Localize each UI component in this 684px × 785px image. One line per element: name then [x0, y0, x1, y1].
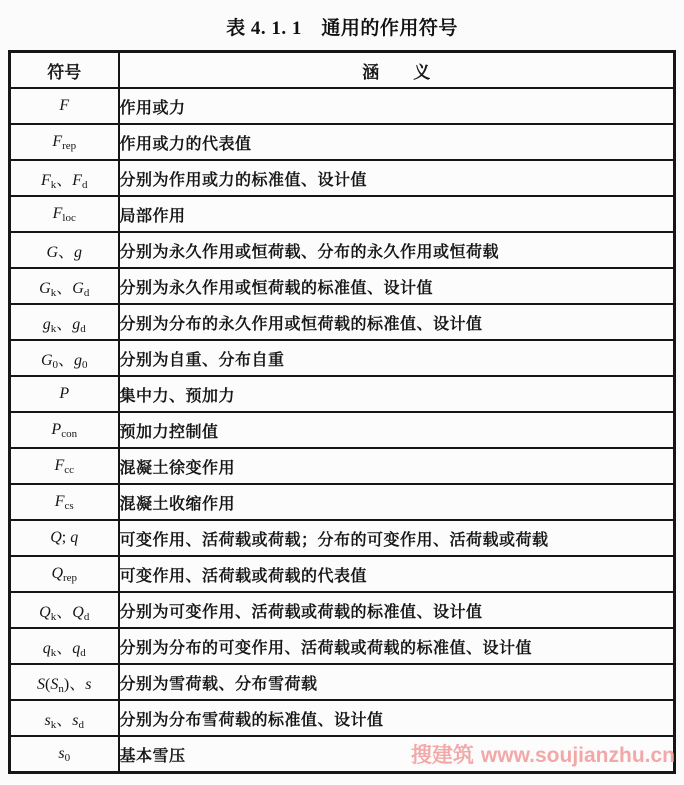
symbol-cell: s0 — [10, 736, 119, 773]
symbol-cell: qk、qd — [10, 628, 119, 664]
table-row: Gk、Gd分别为永久作用或恒荷载的标准值、设计值 — [10, 268, 675, 304]
table-row: F作用或力 — [10, 88, 675, 124]
meaning-cell: 基本雪压 — [119, 736, 675, 773]
symbol-cell: Frep — [10, 124, 119, 160]
symbol-cell: Fcs — [10, 484, 119, 520]
meaning-cell: 分别为自重、分布自重 — [119, 340, 675, 376]
column-header-symbol: 符号 — [10, 52, 119, 89]
symbol-cell: G、g — [10, 232, 119, 268]
meaning-cell: 分别为可变作用、活荷载或荷载的标准值、设计值 — [119, 592, 675, 628]
symbol-cell: Fcc — [10, 448, 119, 484]
symbol-cell: Pcon — [10, 412, 119, 448]
meaning-cell: 分别为分布的可变作用、活荷载或荷载的标准值、设计值 — [119, 628, 675, 664]
meaning-cell: 混凝土徐变作用 — [119, 448, 675, 484]
meaning-cell: 分别为雪荷载、分布雪荷载 — [119, 664, 675, 700]
table-row: Frep作用或力的代表值 — [10, 124, 675, 160]
meaning-cell: 分别为分布雪荷载的标准值、设计值 — [119, 700, 675, 736]
symbol-cell: G0、g0 — [10, 340, 119, 376]
symbol-cell: Floc — [10, 196, 119, 232]
symbol-cell: S(Sn)、s — [10, 664, 119, 700]
meaning-cell: 混凝土收缩作用 — [119, 484, 675, 520]
table-row: s0基本雪压 — [10, 736, 675, 773]
table-row: Fcc混凝土徐变作用 — [10, 448, 675, 484]
symbol-cell: F — [10, 88, 119, 124]
table-row: qk、qd分别为分布的可变作用、活荷载或荷载的标准值、设计值 — [10, 628, 675, 664]
meaning-cell: 可变作用、活荷载或荷载；分布的可变作用、活荷载或荷载 — [119, 520, 675, 556]
meaning-cell: 集中力、预加力 — [119, 376, 675, 412]
meaning-cell: 分别为作用或力的标准值、设计值 — [119, 160, 675, 196]
symbol-cell: Qk、Qd — [10, 592, 119, 628]
symbol-cell: Q; q — [10, 520, 119, 556]
table-row: G0、g0分别为自重、分布自重 — [10, 340, 675, 376]
meaning-cell: 分别为永久作用或恒荷载、分布的永久作用或恒荷载 — [119, 232, 675, 268]
symbol-cell: P — [10, 376, 119, 412]
meaning-cell: 分别为永久作用或恒荷载的标准值、设计值 — [119, 268, 675, 304]
meaning-cell: 局部作用 — [119, 196, 675, 232]
symbol-cell: Fk、Fd — [10, 160, 119, 196]
table-row: P集中力、预加力 — [10, 376, 675, 412]
symbol-cell: sk、sd — [10, 700, 119, 736]
header-row: 符号 涵 义 — [10, 52, 675, 89]
meaning-cell: 预加力控制值 — [119, 412, 675, 448]
table-row: Pcon预加力控制值 — [10, 412, 675, 448]
table-row: gk、gd分别为分布的永久作用或恒荷载的标准值、设计值 — [10, 304, 675, 340]
table-header: 符号 涵 义 — [10, 52, 675, 89]
symbol-cell: Gk、Gd — [10, 268, 119, 304]
symbol-cell: Qrep — [10, 556, 119, 592]
meaning-cell: 可变作用、活荷载或荷载的代表值 — [119, 556, 675, 592]
table-row: Fcs混凝土收缩作用 — [10, 484, 675, 520]
column-header-meaning: 涵 义 — [119, 52, 675, 89]
table-row: sk、sd分别为分布雪荷载的标准值、设计值 — [10, 700, 675, 736]
symbol-cell: gk、gd — [10, 304, 119, 340]
table-body: F作用或力Frep作用或力的代表值Fk、Fd分别为作用或力的标准值、设计值Flo… — [10, 88, 675, 773]
table-row: Floc局部作用 — [10, 196, 675, 232]
table-title: 表 4. 1. 1 通用的作用符号 — [0, 13, 684, 40]
table-row: Fk、Fd分别为作用或力的标准值、设计值 — [10, 160, 675, 196]
meaning-cell: 作用或力 — [119, 88, 675, 124]
symbols-table: 符号 涵 义 F作用或力Frep作用或力的代表值Fk、Fd分别为作用或力的标准值… — [8, 50, 676, 774]
meaning-cell: 分别为分布的永久作用或恒荷载的标准值、设计值 — [119, 304, 675, 340]
table-row: Q; q可变作用、活荷载或荷载；分布的可变作用、活荷载或荷载 — [10, 520, 675, 556]
meaning-cell: 作用或力的代表值 — [119, 124, 675, 160]
table-row: G、g分别为永久作用或恒荷载、分布的永久作用或恒荷载 — [10, 232, 675, 268]
table-row: S(Sn)、s分别为雪荷载、分布雪荷载 — [10, 664, 675, 700]
table-row: Qrep可变作用、活荷载或荷载的代表值 — [10, 556, 675, 592]
table-row: Qk、Qd分别为可变作用、活荷载或荷载的标准值、设计值 — [10, 592, 675, 628]
